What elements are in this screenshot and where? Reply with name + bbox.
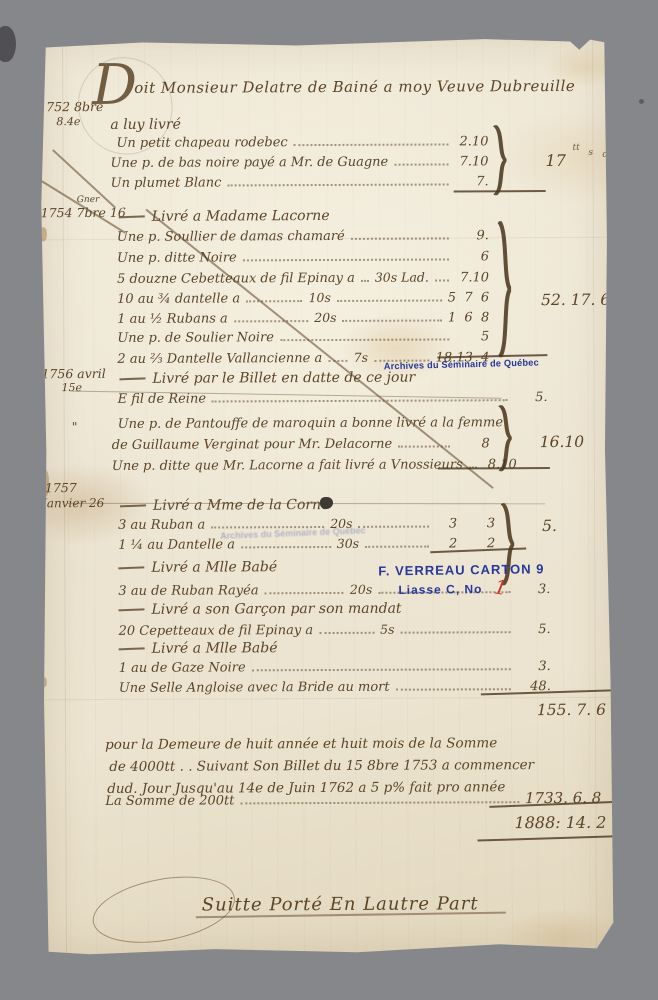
page-title: oit Monsieur Delatre de Bainé a moy Veuv… [134,77,575,97]
ledger-row: Une p. de Pantouffe de maroquin a bonne … [118,414,518,433]
row-amount: 1 6 8 [448,309,489,326]
grouping-brace [492,125,506,195]
ledger-row: 5 douzne Cebetteaux de fil Epinay a 30s … [117,268,489,288]
row-amount: 5 7 6 [448,289,489,306]
row-amount: 5. [514,389,548,406]
row-label: Une p. de Soulier Noire [117,329,274,347]
margin-date-day: 8.4e [56,115,80,128]
section-heading: Livré a Mlle Babé [118,559,277,576]
row-label: 3 au Ruban a [118,517,205,534]
dot-leader [435,279,449,281]
section-heading: Livré a son Garçon par son mandat [118,601,401,618]
grand-total: 1888: 14. 2 [466,813,606,833]
dot-leader [240,801,519,804]
closing-line: pour la Demeure de huit année et huit mo… [105,735,497,753]
row-amount: 7.10 [455,153,489,170]
row-label: 20 Cepetteaux de fil Epinay a [119,622,314,640]
total-rule [438,467,550,469]
dot-leader [337,299,442,301]
dot-leader [243,258,449,261]
row-amount: 8 [456,435,490,452]
dot-leader [294,143,449,146]
dot-leader [252,668,511,671]
row-label: de Guillaume Verginat pour Mr. Delacorne [112,436,392,454]
ledger-row: La Somme de 200tt 1733. 6. 8 [105,790,601,810]
row-amount: 7. [455,173,489,190]
row-label: Une p. de bas noire payé a Mr. de Guagne [111,154,389,172]
dot-leader [343,319,442,321]
row-label: Un petit chapeau rodebec [116,134,287,152]
row-rate: 5s [380,621,394,638]
dot-leader [212,399,508,402]
section-total: 52. 17. 6 [541,291,610,309]
dot-leader [234,320,308,322]
ledger-row: Un plumet Blanc 7. [111,173,489,192]
row-amount: 3. [516,581,550,598]
carry-forward-note: Suitte Porté En Lautre Part [202,893,479,915]
grouping-brace [497,221,512,357]
dot-leader [227,183,448,186]
dot-leader [359,526,430,528]
ledger-row: 1 au ½ Rubans a 20s 1 6 8 [117,308,489,328]
total-rule [477,834,645,841]
row-rate: 20s [314,309,336,326]
row-label: Une p. ditte que Mr. Lacorne a fait livr… [112,456,463,475]
manuscript-paper: D oit Monsieur Delatre de Bainé a moy Ve… [40,37,614,957]
edge-damage [39,227,47,241]
dot-leader [365,546,429,548]
row-amount-2: 3 [457,515,495,532]
ditto-mark: " [72,419,78,434]
ledger-row: Une p. ditte Noire 6 [117,248,489,267]
closing-line: La Somme de 200tt [105,792,234,810]
ledger-row: Un petit chapeau rodebec 2.10 [116,133,488,152]
ledger-row: Une p. de Soulier Noire 5 [117,328,489,347]
grouping-brace [498,405,512,471]
row-amount: 3 [435,515,457,532]
page-subtotal: 155. 7. 6 [476,701,606,720]
dot-leader [351,237,449,239]
row-label: 3 au de Ruban Rayéa [118,582,258,600]
margin-date: 1756 avril [41,366,105,381]
row-label: Une p. ditte Noire [117,249,237,267]
row-label: E fil de Reine [118,391,207,408]
ledger-row: Une p. de bas noire payé a Mr. de Guagne… [111,153,489,172]
row-rate: 20s [350,581,372,598]
unit-deniers: d [602,150,608,160]
dot-leader [319,632,374,634]
dot-leader [246,300,303,302]
section-heading: a luy livré [110,117,181,133]
row-label: Une p. de Pantouffe de maroquin a bonne … [118,414,503,433]
row-label: Une p. Soullier de damas chamaré [117,228,345,246]
dot-leader [361,280,369,282]
row-amount: 9. [455,227,489,244]
scanned-manuscript-page: D oit Monsieur Delatre de Bainé a moy Ve… [0,0,658,1000]
ledger-row: E fil de Reine 5. [118,389,548,408]
margin-date: 1754 7bre 16 [41,205,126,220]
row-label: 10 au ¾ dantelle a [117,290,240,308]
row-rate: 7s [354,349,368,366]
margin-date: 1752 8bre [38,99,103,114]
total-rule [454,190,546,192]
row-label: 5 douzne Cebetteaux de fil Epinay a [117,270,355,288]
margin-date-sup: Gner [77,195,100,205]
row-amount: 2.10 [454,133,488,150]
margin-date: 1757 [45,480,77,495]
dot-leader [398,445,450,447]
row-rate: 10s [309,289,331,306]
row-label: 1 ¼ au Dantelle a [118,536,235,554]
closing-line: de 4000tt . . Suivant Son Billet du 15 8… [109,757,534,775]
verreau-stamp-line2: Liasse C, No [398,582,482,597]
ledger-row: de Guillaume Verginat pour Mr. Delacorne… [112,435,490,454]
row-amount: 3. [517,658,551,675]
ledger-row: Une p. Soullier de damas chamaré 9. [117,227,489,246]
row-amount: 5 [455,328,489,345]
row-amount: 6 [455,248,489,265]
backdrop-speck [639,99,644,104]
section-total: 5. [542,517,557,535]
margin-date-day: 15e [61,381,82,394]
dot-leader [241,546,331,548]
backdrop-clip-mark [0,26,16,62]
ledger-row: 3 au de Ruban Rayéa 20s 3. [118,580,550,600]
dot-leader [396,688,511,691]
verreau-stamp-line1: F. VERREAU CARTON 9 [378,561,544,578]
section-heading: Livré a Mlle Babé [119,640,278,657]
ledger-row: 10 au ¾ dantelle a 10s 5 7 6 [117,288,489,308]
row-rate: 30s Lad. [375,269,429,286]
unit-livres: tt [572,143,579,153]
unit-sols: s [588,148,593,158]
section-total: 17 [545,151,565,170]
edge-damage [41,677,47,687]
ledger-row: 1 au de Gaze Noire 3. [119,658,551,677]
row-rate: 30s [337,535,359,552]
section-heading: Livré a Madame Lacorne [119,208,330,225]
row-amount: 7.10 [455,269,489,286]
section-total: 16.10 [540,433,584,451]
dot-leader [265,592,344,594]
row-label: Un plumet Blanc [111,174,222,191]
dot-leader [328,360,347,362]
row-label: 2 au ⅔ Dantelle Vallancienne a [117,350,322,368]
section-heading: Livré par le Billet en datte de ce jour [119,370,415,387]
ledger-row: 20 Cepetteaux de fil Epinay a 5s 5. [119,620,551,640]
ledger-row: Une p. ditte que Mr. Lacorne a fait livr… [112,456,490,475]
crease [43,697,613,700]
row-label: 1 au ½ Rubans a [117,310,228,327]
dot-leader [394,163,448,165]
row-label: Une Selle Angloise avec la Bride au mort [119,679,390,697]
dot-leader [280,338,449,341]
dot-leader [401,631,511,633]
row-label: 1 au de Gaze Noire [119,659,246,677]
row-amount: 5. [517,621,551,638]
ink-blot [320,497,333,509]
section-heading: Livré a Mme de la Corne [120,497,329,514]
